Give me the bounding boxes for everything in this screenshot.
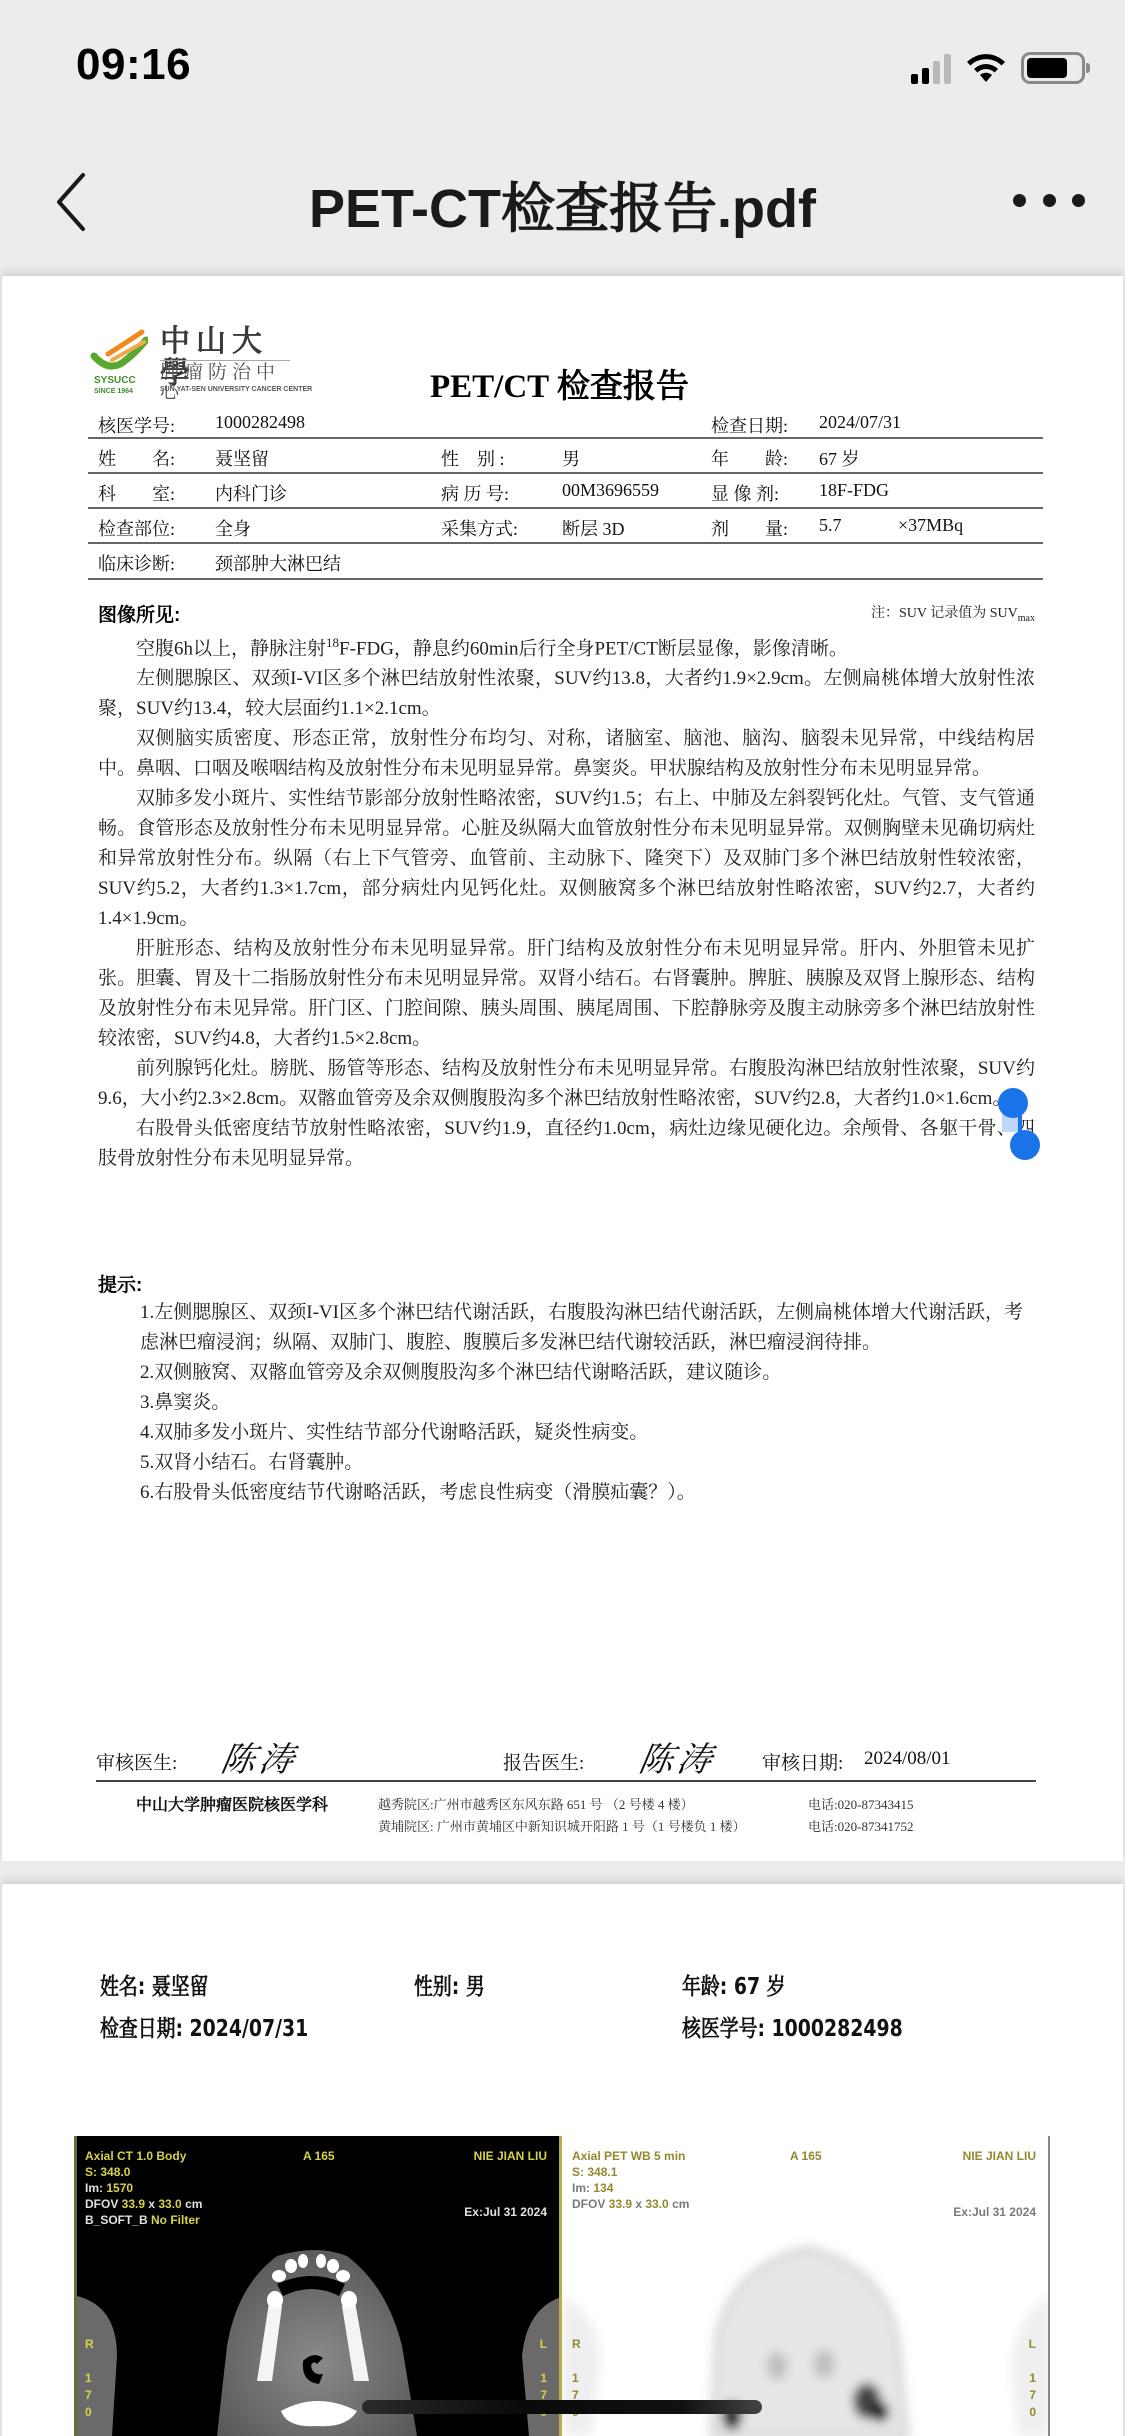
ct-kernel: B_SOFT_B [85, 2213, 151, 2227]
ct-s-label: S: [85, 2165, 100, 2179]
status-time: 09:16 [76, 40, 191, 90]
pet-s-label: S: [572, 2165, 587, 2179]
cellular-signal-icon [911, 52, 951, 84]
label: 剂 量: [711, 515, 788, 541]
ct-dfov-w: 33.9 [122, 2197, 145, 2211]
pet-dfov-unit: cm [669, 2197, 690, 2211]
selection-start-handle[interactable] [998, 1088, 1028, 1118]
info-row: 科 室: 内科门诊 病 历 号: 00M3696559 显 像 剂: 18F-F… [88, 474, 1043, 509]
wifi-icon [965, 52, 1007, 84]
p2-patient-name: 姓名: 聂坚留 [100, 1968, 208, 2001]
finding-paragraph: 前列腺钙化灶。膀胱、肠管等形态、结构及放射性分布未见明显异常。右腹股沟淋巴结放射… [98, 1054, 1035, 1114]
pet-s-value: 348.1 [587, 2165, 617, 2179]
suv-note: 注：SUV 记录值为 SUVmax [871, 602, 1035, 624]
label: 检查日期: [711, 412, 788, 438]
dose: 5.7 [819, 515, 842, 536]
info-row: 核医学号: 1000282498 检查日期: 2024/07/31 [88, 412, 1043, 439]
scale-digit: 1 [540, 2370, 547, 2387]
ct-exam-date: Ex:Jul 31 2024 [464, 2204, 547, 2220]
ellipsis-dot [1043, 194, 1056, 207]
tip-item: 2.双侧腋窝、双髂血管旁及余双侧腹股沟多个淋巴结代谢略活跃，建议随诊。 [140, 1358, 1040, 1388]
dose-unit: ×37MBq [898, 515, 963, 536]
patient-age: 67 岁 [819, 445, 860, 471]
ct-dfov-label: DFOV [85, 2197, 122, 2211]
department: 内科门诊 [215, 480, 287, 506]
battery-icon [1021, 52, 1085, 84]
department-name: 中山大学肿瘤医院核医学科 [136, 1792, 328, 1815]
logo-cn-sub: 肿瘤防治中心 [160, 360, 290, 403]
finding-paragraph: 空腹6h以上，静脉注射18F-FDG，静息约60min后行全身PET/CT断层显… [98, 628, 1035, 664]
pet-scale-right: 170 [1029, 2370, 1036, 2421]
label: 年 龄: [711, 445, 788, 471]
nav-bar: PET-CT检查报告.pdf [0, 140, 1125, 265]
p2-nuclear-id: 核医学号: 1000282498 [682, 2010, 903, 2043]
patient-sex: 男 [562, 445, 580, 471]
ct-im-value: 1570 [106, 2181, 133, 2195]
logo-abbr: SYSUCC [94, 376, 136, 386]
scale-digit: 0 [1029, 2404, 1036, 2421]
ct-dfov-x: x [145, 2197, 158, 2211]
info-row: 临床诊断: 颈部肿大淋巴结 [88, 544, 1043, 580]
selection-end-handle[interactable] [1010, 1130, 1040, 1160]
ct-filter: No Filter [151, 2213, 200, 2227]
ct-series: Axial CT 1.0 Body [85, 2148, 202, 2164]
status-icons [911, 52, 1085, 84]
pet-im-label: Im: [572, 2181, 593, 2195]
label: 性 别 : [441, 445, 505, 471]
tracer: 18F-FDG [819, 480, 889, 501]
pdf-page-1[interactable]: SYSUCC SINCE 1964 中山大學 肿瘤防治中心 SUN YAT-SE… [2, 276, 1123, 1861]
scale-digit: 1 [85, 2370, 92, 2387]
pet-overlay-info: Axial PET WB 5 min S: 348.1 Im: 134 DFOV… [572, 2148, 689, 2212]
scale-digit: 7 [1029, 2387, 1036, 2404]
tip-item: 5.双肾小结石。右肾囊肿。 [140, 1448, 1040, 1478]
tip-item: 6.右股骨头低密度结节代谢略活跃，考虑良性病变（滑膜疝囊？）。 [140, 1478, 1040, 1508]
patient-info-table: 核医学号: 1000282498 检查日期: 2024/07/31 姓 名: 聂… [88, 412, 1043, 580]
p2-exam-date: 检查日期: 2024/07/31 [100, 2010, 308, 2043]
scale-digit: 0 [85, 2404, 92, 2421]
pet-dfov-h: 33.0 [645, 2197, 668, 2211]
finding-paragraph: 双肺多发小斑片、实性结节影部分放射性略浓密，SUV约1.5；右上、中肺及左斜裂钙… [98, 784, 1035, 934]
patient-name: 聂坚留 [215, 445, 269, 471]
reviewer-signature: 陈涛 [218, 1732, 303, 1781]
label: 病 历 号: [441, 480, 509, 506]
more-options-button[interactable] [1013, 180, 1085, 220]
label: 检查部位: [98, 515, 175, 541]
finding-paragraph: 右股骨头低密度结节放射性略浓密，SUV约1.9，直径约1.0cm，病灶边缘见硬化… [98, 1114, 1035, 1174]
pet-dfov-x: x [632, 2197, 645, 2211]
tips-heading: 提示: [98, 1270, 142, 1297]
address-yuexiu: 越秀院区:广州市越秀区东风东路 651 号 （2 号楼 4 楼） [378, 1794, 694, 1813]
ct-dfov-unit: cm [182, 2197, 203, 2211]
pet-slice: A 165 [790, 2148, 822, 2164]
pet-dfov-w: 33.9 [609, 2197, 632, 2211]
home-indicator[interactable] [362, 2400, 762, 2414]
info-row: 姓 名: 聂坚留 性 别 : 男 年 龄: 67 岁 [88, 439, 1043, 474]
acquisition-method: 断层 3D [562, 515, 625, 541]
label: 审核医生: [96, 1748, 177, 1775]
label: 核医学号: [98, 412, 175, 438]
ct-slice: A 165 [303, 2148, 335, 2164]
finding-text: 空腹6h以上，静脉注射 [136, 638, 326, 659]
ct-left-marker: L [540, 2336, 547, 2352]
scale-digit: 7 [85, 2387, 92, 2404]
ct-im-label: Im: [85, 2181, 106, 2195]
status-bar: 09:16 [0, 0, 1125, 140]
label: 审核日期: [762, 1748, 843, 1775]
nuclear-id: 1000282498 [215, 412, 305, 433]
phone-yuexiu: 电话:020-87343415 [808, 1794, 913, 1813]
label: 采集方式: [441, 515, 518, 541]
clinical-diagnosis: 颈部肿大淋巴结 [215, 550, 341, 576]
p2-patient-sex: 性别: 男 [414, 1968, 485, 2001]
selection-caret [1018, 1102, 1022, 1132]
tip-item: 4.双肺多发小斑片、实性结节部分代谢略活跃，疑炎性病变。 [140, 1418, 1040, 1448]
signature-row: 审核医生: 陈涛 报告医生: 陈涛 审核日期: 2024/08/01 [96, 1732, 1036, 1782]
pet-series: Axial PET WB 5 min [572, 2148, 689, 2164]
findings-text: 空腹6h以上，静脉注射18F-FDG，静息约60min后行全身PET/CT断层显… [98, 628, 1035, 1174]
finding-text: F-FDG，静息约60min后行全身PET/CT断层显像，影像清晰。 [339, 638, 848, 659]
tip-item: 1.左侧腮腺区、双颈I-VI区多个淋巴结代谢活跃，右腹股沟淋巴结代谢活跃，左侧扁… [140, 1298, 1040, 1358]
tip-item: 3.鼻窦炎。 [140, 1388, 1040, 1418]
ct-dfov-h: 33.0 [158, 2197, 181, 2211]
review-date: 2024/08/01 [864, 1748, 951, 1770]
scale-digit: 1 [1029, 2370, 1036, 2387]
tips-list: 1.左侧腮腺区、双颈I-VI区多个淋巴结代谢活跃，右腹股沟淋巴结代谢活跃，左侧扁… [140, 1298, 1040, 1508]
logo-since: SINCE 1964 [94, 388, 133, 395]
suv-note-sub: max [1018, 613, 1035, 624]
ct-right-marker: R [85, 2336, 94, 2352]
exam-date: 2024/07/31 [819, 412, 901, 433]
pet-scan-image: Axial PET WB 5 min S: 348.1 Im: 134 DFOV… [562, 2136, 1050, 2436]
isotope-superscript: 18 [326, 635, 339, 650]
label: 显 像 剂: [711, 480, 779, 506]
phone-huangpu: 电话:020-87341752 [808, 1816, 913, 1835]
logo-en: SUN YAT-SEN UNIVERSITY CANCER CENTER [160, 386, 312, 393]
ct-overlay-info: Axial CT 1.0 Body S: 348.0 Im: 1570 DFOV… [85, 2148, 202, 2228]
scale-digit: 1 [572, 2370, 579, 2387]
reporter-signature: 陈涛 [636, 1732, 721, 1781]
finding-paragraph: 双侧脑实质密度、形态正常，放射性分布均匀、对称，诸脑室、脑池、脑沟、脑裂未见异常… [98, 724, 1035, 784]
pet-right-marker: R [572, 2336, 581, 2352]
pet-im-value: 134 [593, 2181, 613, 2195]
pet-patient-name: NIE JIAN LIU [963, 2148, 1036, 2164]
document-title: PET-CT检查报告.pdf [0, 166, 1125, 243]
pet-dfov-label: DFOV [572, 2197, 609, 2211]
findings-heading: 图像所见: [98, 600, 180, 627]
info-row: 检查部位: 全身 采集方式: 断层 3D 剂 量: 5.7 ×37MBq [88, 509, 1043, 544]
ellipsis-dot [1072, 194, 1085, 207]
report-title: PET/CT 检查报告 [430, 360, 689, 407]
p2-patient-age: 年龄: 67 岁 [682, 1968, 786, 2001]
label: 姓 名: [98, 445, 175, 471]
finding-paragraph: 左侧腮腺区、双颈I-VI区多个淋巴结放射性浓聚，SUV约13.8，大者约1.9×… [98, 664, 1035, 724]
record-number: 00M3696559 [562, 480, 659, 501]
label: 科 室: [98, 480, 175, 506]
exam-site: 全身 [215, 515, 251, 541]
label: 报告医生: [503, 1748, 584, 1775]
pet-exam-date: Ex:Jul 31 2024 [953, 2204, 1036, 2220]
suv-note-text: 注：SUV 记录值为 SUV [871, 606, 1018, 621]
report-footer: 中山大学肿瘤医院核医学科 越秀院区:广州市越秀区东风东路 651 号 （2 号楼… [96, 1788, 1036, 1844]
pet-left-marker: L [1029, 2336, 1036, 2352]
ct-scale-left: 170 [85, 2370, 92, 2421]
hospital-logo: SYSUCC SINCE 1964 中山大學 肿瘤防治中心 SUN YAT-SE… [90, 326, 290, 398]
address-huangpu: 黄埔院区: 广州市黄埔区中新知识城开阳路 1 号（1 号楼负 1 楼） [378, 1816, 746, 1835]
ellipsis-icon [1013, 194, 1026, 207]
label: 临床诊断: [98, 550, 175, 576]
ct-patient-name: NIE JIAN LIU [474, 2148, 547, 2164]
ct-scan-image: Axial CT 1.0 Body S: 348.0 Im: 1570 DFOV… [74, 2136, 562, 2436]
ct-s-value: 348.0 [100, 2165, 130, 2179]
finding-paragraph: 肝脏形态、结构及放射性分布未见明显异常。肝门结构及放射性分布未见明显异常。肝内、… [98, 934, 1035, 1054]
